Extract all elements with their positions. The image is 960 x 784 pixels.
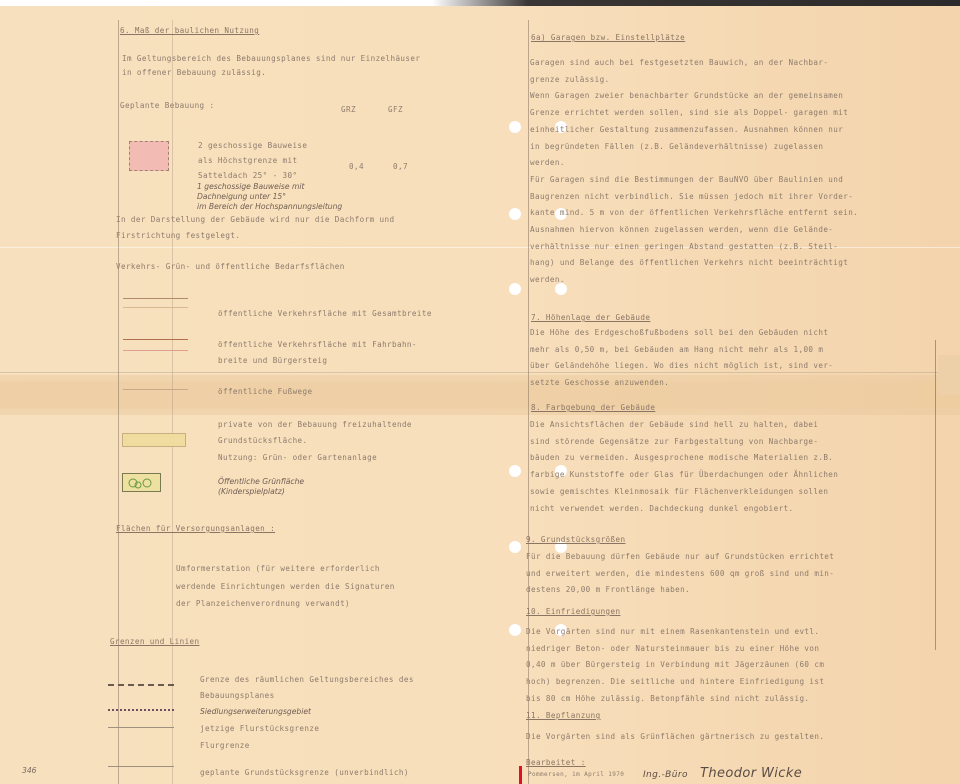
- punch-hole: [509, 624, 521, 636]
- section-10-heading: 10. Einfriedigungen: [526, 607, 620, 616]
- paragraph-line: Die Höhe des Erdgeschoßfußbodens soll be…: [530, 328, 828, 337]
- two-storey-swatch: [129, 141, 169, 171]
- legend-label: öffentliche Verkehrsfläche mit Gesamtbre…: [218, 309, 432, 318]
- footer-place-date: Pommersen, im April 1970: [528, 771, 624, 778]
- paragraph-line: nicht verwendet werden. Dachdeckung dunk…: [530, 504, 794, 513]
- paragraph-line: grenze zulässig.: [530, 75, 610, 84]
- red-mark: [519, 766, 522, 784]
- right-edge-rule: [935, 340, 936, 650]
- supply-line: der Planzeichenverordnung verwandt): [176, 599, 350, 608]
- paragraph-line: hoch) begrenzen. Die seitliche und hinte…: [526, 677, 824, 686]
- grz-value: 0,4: [349, 162, 364, 171]
- legend-label: (Kinderspielplatz): [218, 487, 285, 496]
- playground-swatch: [122, 473, 161, 492]
- border-label: Bebauungsplanes: [200, 691, 275, 700]
- section-11-heading: 11. Bepflanzung: [526, 711, 601, 720]
- section-6-heading: 6. Maß der baulichen Nutzung: [120, 26, 259, 35]
- border-line-thin: [108, 766, 174, 767]
- paragraph-line: Baugrenzen nicht verbindlich. Sie müssen…: [530, 192, 853, 201]
- border-label: Flurgrenze: [200, 741, 250, 750]
- punch-hole: [509, 283, 521, 295]
- paragraph-line: Die Vorgärten sind als Grünflächen gärtn…: [526, 732, 824, 741]
- legend-label: öffentliche Fußwege: [218, 387, 312, 396]
- paragraph-line: destens 20,00 m Frontlänge haben.: [526, 585, 690, 594]
- punch-hole: [555, 283, 567, 295]
- supply-line: werdende Einrichtungen werden die Signat…: [176, 582, 395, 591]
- legend-label: öffentliche Verkehrsfläche mit Fahrbahn-: [218, 340, 417, 349]
- paragraph-line: Grenze errichtet werden sollen, sind sie…: [530, 108, 848, 117]
- margin-rule: [172, 20, 173, 784]
- section-8-heading: 8. Farbgebung der Gebäude: [531, 403, 655, 412]
- build-line: 2 geschossige Bauweise: [198, 141, 307, 150]
- border-line-dashed: [108, 684, 174, 686]
- footer-heading: Bearbeitet :: [526, 758, 586, 767]
- paragraph-line: Garagen sind auch bei festgesetzten Bauw…: [530, 58, 828, 67]
- legend-label: Nutzung: Grün- oder Gartenanlage: [218, 453, 377, 462]
- planned-label: Geplante Bebauung :: [120, 101, 214, 110]
- intro-line: in offener Bebauung zulässig.: [122, 68, 266, 77]
- legend-line: [123, 307, 188, 308]
- build-line: Satteldach 25° - 30°: [198, 171, 297, 180]
- build-line: als Höchstgrenze mit: [198, 156, 297, 165]
- playground-symbol-icon: [123, 474, 160, 491]
- legend-label: Grundstücksfläche.: [218, 436, 308, 445]
- punch-hole: [509, 465, 521, 477]
- legend-line: [123, 389, 188, 390]
- footer-signature: Theodor Wicke: [700, 766, 802, 781]
- grz-header: GRZ: [341, 105, 356, 114]
- paragraph-line: hang) und Belange des öffentlichen Verke…: [530, 258, 848, 267]
- paragraph-line: über Geländehöhe liegen. Wo dies nicht m…: [530, 361, 833, 370]
- supply-line: Umformerstation (für weitere erforderlic…: [176, 564, 380, 573]
- section-9-heading: 9. Grundstücksgrößen: [526, 535, 625, 544]
- fold-line: [0, 372, 960, 373]
- border-line-thin: [108, 727, 174, 728]
- paragraph-line: 0,40 m über Bürgersteig in Verbindung mi…: [526, 660, 824, 669]
- paragraph-line: farbige Kunststoffe oder Glas für Überda…: [530, 470, 838, 479]
- border-line-dotted: [108, 709, 174, 711]
- italic-note: 1 geschossige Bauweise mit: [197, 182, 304, 191]
- punch-hole: [509, 541, 521, 553]
- punch-hole: [509, 121, 521, 133]
- paragraph-line: werden.: [530, 275, 565, 284]
- legend-line: [123, 339, 188, 340]
- gfz-value: 0,7: [393, 162, 408, 171]
- border-label: Grenze des räumlichen Geltungsbereiches …: [200, 675, 414, 684]
- private-area-swatch: [122, 433, 186, 447]
- paragraph-line: Die Vorgärten sind nur mit einem Rasenka…: [526, 627, 819, 636]
- paragraph-line: sowie gemischtes Kleinmosaik für Flächen…: [530, 487, 828, 496]
- paragraph-line: in begründeten Fällen (z.B. Geländeverhä…: [530, 142, 823, 151]
- paragraph-line: bis 80 cm Höhe zulässig. Betonpfähle sin…: [526, 694, 809, 703]
- legend-line: [123, 298, 188, 299]
- footer-office: Ing.-Büro: [643, 770, 688, 780]
- paragraph-line: mehr als 0,50 m, bei Gebäuden am Hang ni…: [530, 345, 823, 354]
- punch-hole: [509, 208, 521, 220]
- legend-label: breite und Bürgersteig: [218, 356, 327, 365]
- paragraph-line: einheitlicher Gestaltung zusammenzufasse…: [530, 125, 843, 134]
- legend-line: [123, 350, 188, 351]
- borders-heading: Grenzen und Linien: [110, 637, 200, 646]
- paragraph-line: Wenn Garagen zweier benachbarter Grundst…: [530, 91, 843, 100]
- paragraph-line: niedriger Beton- oder Natursteinmauer bi…: [526, 644, 819, 653]
- supply-heading: Flächen für Versorgungsanlagen :: [116, 524, 275, 533]
- margin-rule: [118, 20, 119, 784]
- paragraph-line: verhältnisse nur einen geringen Abstand …: [530, 242, 838, 251]
- note-line: Firstrichtung festgelegt.: [116, 231, 240, 240]
- paragraph-line: werden.: [530, 158, 565, 167]
- section-6a-heading: 6a) Garagen bzw. Einstellplätze: [531, 33, 685, 42]
- paragraph-line: Die Ansichtsflächen der Gebäude sind hel…: [530, 420, 818, 429]
- tape-patch: [938, 355, 960, 395]
- paragraph-line: Ausnahmen hiervon können zugelassen werd…: [530, 225, 833, 234]
- paragraph-line: Für die Bebauung dürfen Gebäude nur auf …: [526, 552, 834, 561]
- paragraph-line: setzte Geschosse anzuwenden.: [530, 378, 669, 387]
- gfz-header: GFZ: [388, 105, 403, 114]
- legend-label: private von der Bebauung freizuhaltende: [218, 420, 412, 429]
- tape-strip: [0, 375, 960, 415]
- intro-line: Im Geltungsbereich des Bebauungsplanes s…: [122, 54, 420, 63]
- border-label: jetzige Flurstücksgrenze: [200, 724, 319, 733]
- paragraph-line: und erweitert werden, die mindestens 600…: [526, 569, 834, 578]
- traffic-heading: Verkehrs- Grün- und öffentliche Bedarfsf…: [116, 262, 345, 271]
- paragraph-line: Für Garagen sind die Bestimmungen der Ba…: [530, 175, 843, 184]
- italic-note: im Bereich der Hochspannungsleitung: [197, 202, 342, 211]
- border-label: geplante Grundstücksgrenze (unverbindlic…: [200, 768, 409, 777]
- section-7-heading: 7. Höhenlage der Gebäude: [531, 313, 650, 322]
- column-divider: [528, 20, 529, 784]
- italic-note: Dachneigung unter 15°: [197, 192, 286, 201]
- border-label: Siedlungserweiterungsgebiet: [200, 707, 311, 716]
- legend-label: Öffentliche Grünfläche: [218, 477, 304, 486]
- paragraph-line: bäuden zu vermeiden. Ausgesprochene modi…: [530, 453, 833, 462]
- paragraph-line: sind störende Gegensätze zur Farbgestalt…: [530, 437, 818, 446]
- note-line: In der Darstellung der Gebäude wird nur …: [116, 215, 394, 224]
- paragraph-line: kante mind. 5 m von der öffentlichen Ver…: [530, 208, 858, 217]
- page-number: 346: [22, 766, 37, 775]
